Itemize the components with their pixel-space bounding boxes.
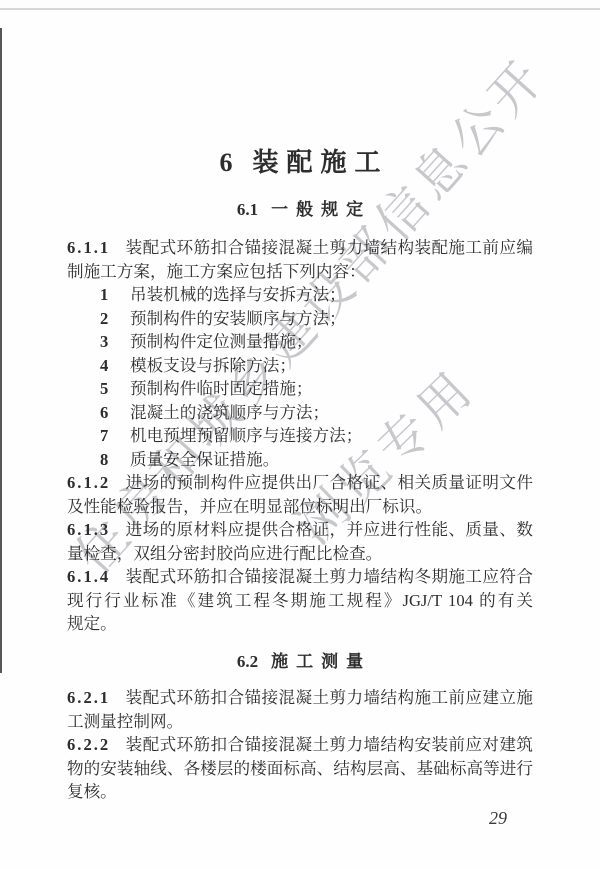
list-item: 3预制构件定位测量措施； xyxy=(67,330,533,354)
list-item-number: 7 xyxy=(100,424,130,448)
clause-line: 制施工方案，施工方案应包括下列内容： xyxy=(67,260,533,284)
clause-line: 规定。 xyxy=(67,612,533,636)
list-item-text: 模板支设与拆除方法； xyxy=(130,356,296,375)
list-item: 8质量安全保证措施。 xyxy=(67,448,533,472)
list-item-number: 4 xyxy=(100,354,130,378)
list-item-number: 8 xyxy=(100,448,130,472)
page-top-edge-line xyxy=(0,8,600,10)
clause-text: 装配式环筋扣合锚接混凝土剪力墙结构装配施工前应编 xyxy=(125,238,533,257)
list-item: 2预制构件的安装顺序与方法； xyxy=(67,307,533,331)
list-item-text: 吊装机械的选择与安拆方法； xyxy=(130,285,346,304)
clause-text: 制施工方案，施工方案应包括下列内容： xyxy=(67,262,366,281)
list-item-number: 6 xyxy=(100,401,130,425)
clause-number: 6.1.2 xyxy=(67,473,110,492)
list-item-number: 1 xyxy=(100,283,130,307)
clause-line: 及性能检验报告，并应在明显部位标明出厂标识。 xyxy=(67,495,533,519)
clause-text: 及性能检验报告，并应在明显部位标明出厂标识。 xyxy=(67,497,432,516)
clause-line: 量检查，双组分密封胶尚应进行配比检查。 xyxy=(67,542,533,566)
list-item-text: 预制构件临时固定措施； xyxy=(130,379,313,398)
chapter-title: 6装配施工 xyxy=(0,147,600,179)
clause-line: 6.1.3进场的原材料应提供合格证，并应进行性能、质量、数 xyxy=(67,518,533,542)
list-item-number: 3 xyxy=(100,330,130,354)
clause-text: 装配式环筋扣合锚接混凝土剪力墙结构冬期施工应符合 xyxy=(125,567,533,586)
chapter-title-text: 装配施工 xyxy=(252,148,388,177)
clause-line: 6.1.2进场的预制构件应提供出厂合格证、相关质量证明文件 xyxy=(67,471,533,495)
clause-text: 现行行业标准《建筑工程冬期施工规程》JGJ/T 104 的有关 xyxy=(67,591,533,610)
page-left-edge-line xyxy=(0,28,2,673)
clause-text: 装配式环筋扣合锚接混凝土剪力墙结构安装前应对建筑 xyxy=(125,735,533,754)
clause-line: 6.2.2装配式环筋扣合锚接混凝土剪力墙结构安装前应对建筑 xyxy=(67,733,533,757)
list-item: 4模板支设与拆除方法； xyxy=(67,354,533,378)
clause-text: 复核。 xyxy=(67,782,117,801)
section-title: 一般规定 xyxy=(271,200,371,219)
clause-text: 装配式环筋扣合锚接混凝土剪力墙结构施工前应建立施 xyxy=(125,688,533,707)
clause-line: 工测量控制网。 xyxy=(67,710,533,734)
list-item: 6混凝土的浇筑顺序与方法； xyxy=(67,401,533,425)
document-page: 住房和城乡建设部信息公开 浏览专用 6装配施工 6.1一般规定 6.1.1装配式… xyxy=(0,0,600,869)
clause-number: 6.2.2 xyxy=(67,735,110,754)
clause-number: 6.1.3 xyxy=(67,520,110,539)
list-item-text: 质量安全保证措施。 xyxy=(130,450,279,469)
clause-line: 6.1.1装配式环筋扣合锚接混凝土剪力墙结构装配施工前应编 xyxy=(67,236,533,260)
clause-text: 物的安装轴线、各楼层的楼面标高、结构层高、基础标高等进行 xyxy=(67,759,533,778)
list-item: 7机电预埋预留顺序与连接方法； xyxy=(67,424,533,448)
list-item-number: 2 xyxy=(100,307,130,331)
clause-line: 物的安装轴线、各楼层的楼面标高、结构层高、基础标高等进行 xyxy=(67,757,533,781)
list-item: 5预制构件临时固定措施； xyxy=(67,377,533,401)
section-body-6-1: 6.1.1装配式环筋扣合锚接混凝土剪力墙结构装配施工前应编制施工方案，施工方案应… xyxy=(67,236,533,636)
clause-line: 6.1.4装配式环筋扣合锚接混凝土剪力墙结构冬期施工应符合 xyxy=(67,565,533,589)
page-number: 29 xyxy=(478,808,518,829)
section-heading-6-2: 6.2施工测量 xyxy=(0,650,600,674)
clause-text: 进场的预制构件应提供出厂合格证、相关质量证明文件 xyxy=(125,473,533,492)
clause-number: 6.1.1 xyxy=(67,238,110,257)
clause-number: 6.1.4 xyxy=(67,567,110,586)
section-heading-6-1: 6.1一般规定 xyxy=(0,198,600,222)
clause-line: 现行行业标准《建筑工程冬期施工规程》JGJ/T 104 的有关 xyxy=(67,589,533,613)
clause-line: 复核。 xyxy=(67,780,533,804)
list-item-text: 混凝土的浇筑顺序与方法； xyxy=(130,403,329,422)
clause-text: 规定。 xyxy=(67,614,117,633)
clause-line: 6.2.1装配式环筋扣合锚接混凝土剪力墙结构施工前应建立施 xyxy=(67,686,533,710)
section-title: 施工测量 xyxy=(271,652,371,671)
clause-text: 工测量控制网。 xyxy=(67,712,183,731)
clause-text: 进场的原材料应提供合格证，并应进行性能、质量、数 xyxy=(125,520,533,539)
clause-text: 量检查，双组分密封胶尚应进行配比检查。 xyxy=(67,544,382,563)
list-item-text: 预制构件的安装顺序与方法； xyxy=(130,309,346,328)
chapter-number: 6 xyxy=(219,148,232,177)
clause-number: 6.2.1 xyxy=(67,688,110,707)
list-item-text: 机电预埋预留顺序与连接方法； xyxy=(130,426,362,445)
list-item-text: 预制构件定位测量措施； xyxy=(130,332,313,351)
section-number: 6.1 xyxy=(237,200,258,219)
section-body-6-2: 6.2.1装配式环筋扣合锚接混凝土剪力墙结构施工前应建立施工测量控制网。6.2.… xyxy=(67,686,533,804)
list-item: 1吊装机械的选择与安拆方法； xyxy=(67,283,533,307)
section-number: 6.2 xyxy=(237,652,258,671)
list-item-number: 5 xyxy=(100,377,130,401)
